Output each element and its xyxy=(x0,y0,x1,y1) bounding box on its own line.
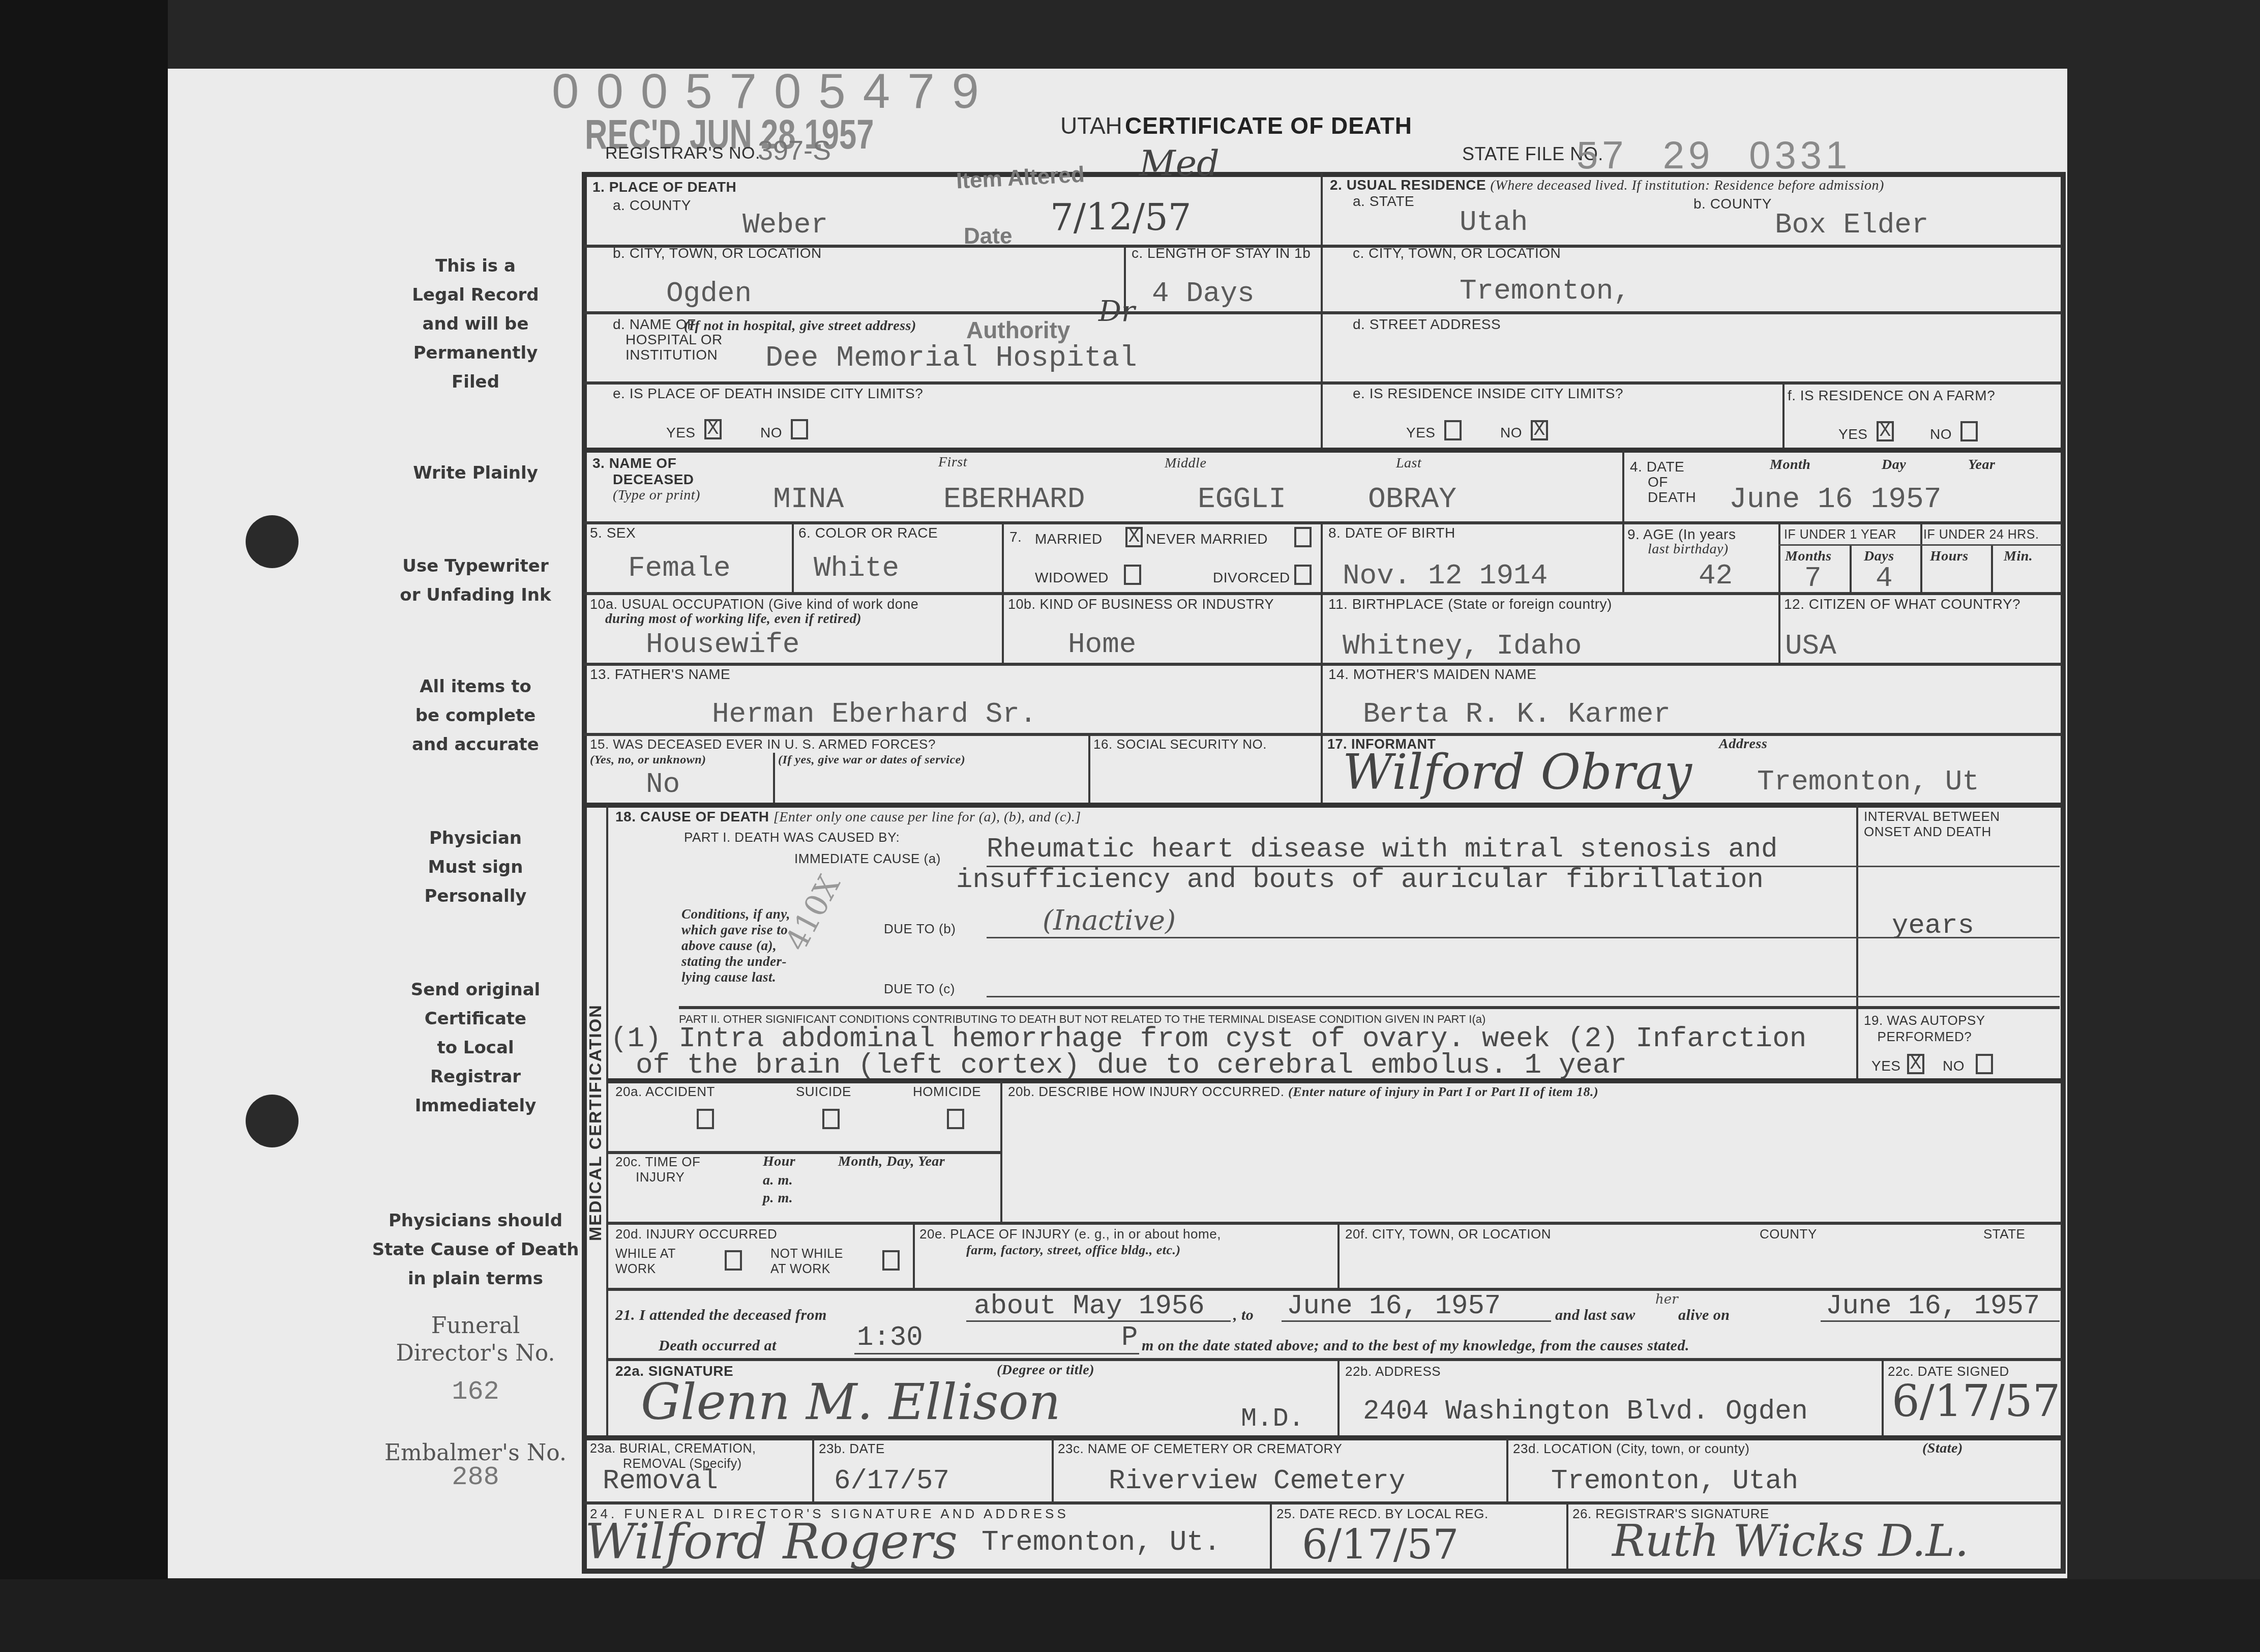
city-value: Ogden xyxy=(666,277,752,310)
last-label: Last xyxy=(1396,455,1421,471)
middle-name-2: EGGLI xyxy=(1198,483,1286,516)
immediate-cause-line-2: insufficiency and bouts of auricular fib… xyxy=(956,865,1764,896)
registrars-no-label: REGISTRAR'S NO. xyxy=(605,145,760,161)
physician-address: 2404 Washington Blvd. Ogden xyxy=(1363,1396,1808,1427)
armed-forces-value: No xyxy=(646,768,680,801)
am-label: a. m. xyxy=(763,1172,793,1189)
divider xyxy=(608,1358,2062,1361)
residence-inside-city-no-checkbox[interactable]: X xyxy=(1531,420,1548,440)
divider xyxy=(792,522,794,593)
year-label: Year xyxy=(1968,457,1995,473)
industry-label: 10b. KIND OF BUSINESS OR INDUSTRY xyxy=(1008,596,1274,612)
informant-address-label: Address xyxy=(1719,736,1767,752)
name-of-deceased-label: 3. NAME OF xyxy=(592,455,676,471)
divider xyxy=(608,1078,2062,1083)
divider xyxy=(1337,1359,1340,1436)
funeral-director-signature: Wilford Rogers xyxy=(585,1513,958,1570)
funeral-director-no: 162 xyxy=(356,1378,595,1406)
yes-label: YES xyxy=(1871,1058,1901,1074)
occupation-hint: during most of working life, even if ret… xyxy=(605,610,861,627)
fill-line xyxy=(966,1320,1231,1322)
month-label: Month xyxy=(1770,457,1810,473)
cause-line xyxy=(1856,866,2060,867)
divider xyxy=(1321,522,1323,593)
margin-note: This is a Legal Record and will be Perma… xyxy=(356,252,595,397)
interval-label: INTERVAL BETWEEN ONSET AND DEATH xyxy=(1864,809,2000,839)
county-value: Weber xyxy=(742,209,828,241)
divider xyxy=(1782,381,1785,450)
place-of-injury-hint: farm, factory, street, office bldg., etc… xyxy=(966,1242,1181,1258)
alteration-date-label: Date xyxy=(964,224,1012,249)
disposition-method: Removal xyxy=(603,1466,718,1497)
immediate-cause-line-1: Rheumatic heart disease with mitral sten… xyxy=(987,834,1777,865)
registrars-no: 397-S xyxy=(758,135,831,166)
divider xyxy=(584,1435,2062,1440)
authority-value: Dr xyxy=(1098,295,1135,328)
farm-label: f. IS RESIDENCE ON A FARM? xyxy=(1788,388,1995,404)
inside-city-no-checkbox[interactable] xyxy=(791,419,808,439)
citizenship-value: USA xyxy=(1785,630,1836,662)
no-label: NO xyxy=(1500,425,1522,441)
race-label: 6. COLOR OR RACE xyxy=(798,525,938,541)
injury-occurred-label: 20d. INJURY OCCURRED xyxy=(615,1226,777,1242)
medical-certification-label: MEDICAL CERTIFICATION xyxy=(586,1004,606,1241)
armed-forces-label: 15. WAS DECEASED EVER IN U. S. ARMED FOR… xyxy=(590,736,936,752)
divider xyxy=(1088,734,1090,803)
sex-value: Female xyxy=(628,552,731,584)
injury-county-label: COUNTY xyxy=(1760,1226,1817,1242)
occupation-value: Housewife xyxy=(646,628,799,661)
citizenship-label: 12. CITIZEN OF WHAT COUNTRY? xyxy=(1784,596,2020,612)
residence-county-value: Box Elder xyxy=(1775,209,1928,241)
institution-hint: (If not in hospital, give street address… xyxy=(684,318,916,334)
ssn-label: 16. SOCIAL SECURITY NO. xyxy=(1093,736,1267,752)
title-prefix: UTAH xyxy=(1060,112,1122,139)
divider xyxy=(1321,593,1323,663)
divider xyxy=(1506,1438,1508,1502)
age-value: 42 xyxy=(1699,559,1733,592)
part-2-line-2: of the brain (left cortex) due to cerebr… xyxy=(636,1049,1627,1081)
armed-forces-service-hint: (If yes, give war or dates of service) xyxy=(778,752,965,768)
date-of-death-label: DEATH xyxy=(1648,489,1696,506)
residence-county-label: b. COUNTY xyxy=(1693,196,1772,212)
race-value: White xyxy=(814,552,899,584)
disposition-date: 6/17/57 xyxy=(834,1466,949,1497)
death-occurred-label: Death occurred at xyxy=(659,1338,777,1354)
divider xyxy=(1920,522,1922,593)
length-of-stay-label: c. LENGTH OF STAY IN 1b xyxy=(1132,245,1311,261)
birthplace-label: 11. BIRTHPLACE (State or foreign country… xyxy=(1328,596,1612,612)
cemetery-name: Riverview Cemetery xyxy=(1109,1466,1405,1497)
divider xyxy=(1002,593,1004,663)
divider xyxy=(1321,734,1323,803)
father-name-value: Herman Eberhard Sr. xyxy=(712,698,1037,730)
cause-line xyxy=(987,996,2060,997)
conditions-hint: Conditions, if any, which gave rise to a… xyxy=(681,906,790,985)
local-reg-date: 6/17/57 xyxy=(1302,1521,1459,1568)
attended-label: 21. I attended the deceased from xyxy=(615,1307,827,1323)
no-label: NO xyxy=(760,425,782,441)
age-label: 9. AGE (In years xyxy=(1627,526,1736,543)
autopsy-yes-checkbox[interactable]: X xyxy=(1907,1054,1924,1074)
informant-signature: Wilford Obray xyxy=(1343,744,1692,801)
title-text: CERTIFICATE OF DEATH xyxy=(1125,112,1412,139)
date-of-birth-label: 8. DATE OF BIRTH xyxy=(1328,525,1455,541)
fill-line xyxy=(1282,1320,1551,1322)
state-file-no: 57 29 0331 xyxy=(1577,133,1851,178)
widowed-checkbox[interactable] xyxy=(1124,565,1141,585)
scanner-backdrop-bottom xyxy=(0,1579,2260,1652)
type-or-print-hint: (Type or print) xyxy=(613,487,700,504)
not-while-at-work-checkbox[interactable] xyxy=(882,1250,900,1271)
divorced-checkbox[interactable] xyxy=(1294,565,1312,585)
state-label: a. STATE xyxy=(1353,193,1414,210)
inside-city-limits-label: e. IS PLACE OF DEATH INSIDE CITY LIMITS? xyxy=(613,386,923,402)
while-at-work-label: WHILE AT WORK xyxy=(615,1246,676,1277)
date-of-death-label: OF xyxy=(1648,474,1668,490)
injury-state-label: STATE xyxy=(1983,1226,2025,1242)
pronoun: her xyxy=(1655,1292,1678,1307)
place-of-death-label: 1. PLACE OF DEATH xyxy=(592,179,736,195)
under-24-hrs-label: IF UNDER 24 HRS. xyxy=(1923,526,2039,543)
divider xyxy=(584,663,2062,666)
under-1-year-label: IF UNDER 1 YEAR xyxy=(1784,526,1896,543)
while-at-work-checkbox[interactable] xyxy=(725,1250,742,1271)
local-reg-date-label: 25. DATE RECD. BY LOCAL REG. xyxy=(1276,1506,1489,1522)
married-label: MARRIED xyxy=(1035,531,1103,547)
physician-address-label: 22b. ADDRESS xyxy=(1345,1363,1441,1379)
accident-label: 20a. ACCIDENT xyxy=(615,1083,715,1100)
to-label: , to xyxy=(1233,1307,1254,1323)
death-time: 1:30 xyxy=(857,1322,923,1353)
institution-value: Dee Memorial Hospital xyxy=(765,342,1137,375)
residence-city-label: c. CITY, TOWN, OR LOCATION xyxy=(1353,245,1561,261)
sex-label: 5. SEX xyxy=(590,525,636,541)
length-of-stay-value: 4 Days xyxy=(1152,277,1255,310)
homicide-label: HOMICIDE xyxy=(913,1083,981,1100)
farm-yes-checkbox[interactable]: X xyxy=(1877,421,1894,441)
cemetery-label: 23c. NAME OF CEMETERY OR CREMATORY xyxy=(1058,1440,1342,1457)
funeral-director-no-label: Funeral Director's No. xyxy=(356,1312,595,1367)
suicide-checkbox[interactable] xyxy=(822,1109,840,1129)
fill-line xyxy=(854,1353,1139,1354)
date-of-death-label: 4. DATE xyxy=(1630,459,1684,475)
margin-note: All items to be complete and accurate xyxy=(356,672,595,759)
suicide-label: SUICIDE xyxy=(796,1083,851,1100)
divider xyxy=(1566,1503,1568,1569)
last-saw-label: and last saw xyxy=(1555,1307,1635,1323)
margin-note: Use Typewriter or Unfading Ink xyxy=(356,552,595,610)
disposition-method-label: 23a. BURIAL, CREMATION, xyxy=(590,1440,756,1457)
place-of-injury-label: 20e. PLACE OF INJURY (e. g., in or about… xyxy=(919,1226,1221,1242)
name-of-deceased-label: DECEASED xyxy=(613,471,694,488)
never-married-label: NEVER MARRIED xyxy=(1146,531,1268,547)
not-while-at-work-label: NOT WHILE AT WORK xyxy=(770,1246,843,1277)
burial-location: Tremonton, Utah xyxy=(1551,1466,1798,1497)
fill-line xyxy=(1821,1320,2060,1322)
divider xyxy=(584,311,2062,314)
day-label: Day xyxy=(1882,457,1906,473)
alteration-date-value: 7/12/57 xyxy=(1050,196,1192,239)
homicide-checkbox[interactable] xyxy=(947,1109,964,1129)
cause-of-death-label: 18. CAUSE OF DEATH [Enter only one cause… xyxy=(615,809,1081,825)
divider xyxy=(584,448,2062,453)
divider xyxy=(1778,544,2062,546)
punch-hole-icon xyxy=(246,515,299,568)
divider xyxy=(1856,1007,1858,1079)
divider xyxy=(1052,1438,1054,1502)
divider xyxy=(1778,593,1780,663)
divider xyxy=(1622,522,1624,593)
attended-to: June 16, 1957 xyxy=(1287,1291,1501,1322)
margin-note: Physicians should State Cause of Death i… xyxy=(356,1206,595,1293)
mother-maiden-name-label: 14. MOTHER'S MAIDEN NAME xyxy=(1328,666,1536,683)
time-of-injury-label: INJURY xyxy=(636,1169,685,1185)
due-to-c-label: DUE TO (c) xyxy=(884,981,955,997)
injury-city-label: 20f. CITY, TOWN, OR LOCATION xyxy=(1345,1226,1551,1242)
month-day-year-label: Month, Day, Year xyxy=(838,1154,945,1170)
divider xyxy=(584,521,2062,524)
interval-value: years xyxy=(1892,910,1974,941)
divider xyxy=(1778,522,1780,593)
margin-note: Physician Must sign Personally xyxy=(356,824,595,911)
father-name-label: 13. FATHER'S NAME xyxy=(590,666,730,683)
no-label: NO xyxy=(1930,426,1952,442)
middle-label: Middle xyxy=(1165,455,1206,471)
middle-name: EBERHARD xyxy=(943,483,1085,516)
injury-description-label: 20b. DESCRIBE HOW INJURY OCCURRED. (Ente… xyxy=(1008,1083,1598,1100)
divider xyxy=(1002,522,1004,593)
no-label: NO xyxy=(1943,1058,1965,1074)
inside-city-yes-checkbox[interactable]: X xyxy=(704,419,722,439)
divider xyxy=(1850,545,1852,593)
margin-note: Send original Certificate to Local Regis… xyxy=(356,976,595,1120)
farm-no-checkbox[interactable] xyxy=(1960,421,1978,441)
city-label: b. CITY, TOWN, OR LOCATION xyxy=(613,245,822,261)
divider xyxy=(1321,664,1323,733)
due-to-b-label: DUE TO (b) xyxy=(884,921,956,937)
days-value: 4 xyxy=(1876,562,1893,595)
death-meridiem: P xyxy=(1121,1322,1138,1353)
accident-checkbox[interactable] xyxy=(697,1109,714,1129)
age-label: last birthday) xyxy=(1648,541,1729,557)
divider xyxy=(606,1359,608,1436)
divider xyxy=(584,1501,2062,1504)
embalmer-no: 288 xyxy=(356,1464,595,1491)
divider xyxy=(773,753,775,803)
first-name: MINA xyxy=(773,483,844,516)
divider xyxy=(1622,450,1624,521)
yes-label: YES xyxy=(1838,426,1868,442)
authority-label: Authority xyxy=(966,316,1070,344)
date-signed: 6/17/57 xyxy=(1892,1376,2061,1427)
alive-on-label: alive on xyxy=(1678,1307,1730,1323)
autopsy-label: 19. WAS AUTOPSY PERFORMED? xyxy=(1864,1012,1985,1045)
divider xyxy=(1856,805,1858,1018)
county-label: a. COUNTY xyxy=(613,197,691,214)
mother-maiden-name-value: Berta R. K. Karmer xyxy=(1363,698,1671,730)
immediate-cause-label: IMMEDIATE CAUSE (a) xyxy=(794,850,941,867)
date-of-death-value: June 16 1957 xyxy=(1729,483,1942,516)
never-married-checkbox[interactable] xyxy=(1294,527,1312,547)
last-seen-date: June 16, 1957 xyxy=(1826,1291,2040,1322)
divider xyxy=(679,1006,2060,1009)
attended-from: about May 1956 xyxy=(974,1291,1205,1322)
death-occurred-tail: m on the date stated above; and to the b… xyxy=(1142,1338,1689,1354)
punch-hole-icon xyxy=(246,1095,299,1147)
usual-residence-label: 2. USUAL RESIDENCE (Where deceased lived… xyxy=(1330,177,1884,194)
birthplace-value: Whitney, Idaho xyxy=(1343,630,1582,662)
divider xyxy=(584,381,2062,385)
hours-label: Hours xyxy=(1930,548,1969,565)
divorced-label: DIVORCED xyxy=(1213,570,1290,586)
item-altered-value: Med xyxy=(1139,142,1220,184)
physician-signature: Glenn M. Ellison xyxy=(641,1373,1061,1431)
physician-degree: M.D. xyxy=(1241,1404,1304,1434)
registrar-signature: Ruth Wicks D.L. xyxy=(1612,1516,1969,1567)
street-address-label: d. STREET ADDRESS xyxy=(1353,316,1501,333)
divider xyxy=(1337,1223,1340,1289)
date-of-birth-value: Nov. 12 1914 xyxy=(1343,559,1548,592)
armed-forces-hint: (Yes, no, or unknown) xyxy=(590,752,706,768)
burial-state-label: (State) xyxy=(1922,1440,1963,1457)
last-name: OBRAY xyxy=(1368,483,1456,516)
hour-label: Hour xyxy=(763,1154,795,1170)
divider xyxy=(1270,1503,1272,1569)
yes-label: YES xyxy=(1406,425,1436,441)
divider xyxy=(1991,545,1993,593)
industry-value: Home xyxy=(1068,628,1136,661)
due-to-b-value: (Inactive) xyxy=(1043,904,1176,936)
part-1-label: PART I. DEATH WAS CAUSED BY: xyxy=(684,829,900,845)
autopsy-no-checkbox[interactable] xyxy=(1976,1054,1993,1074)
divider xyxy=(608,1222,2062,1225)
scanner-backdrop-left xyxy=(0,0,168,1652)
pm-label: p. m. xyxy=(763,1190,793,1206)
margin-note: Write Plainly xyxy=(356,459,595,488)
married-checkbox[interactable]: X xyxy=(1125,527,1143,547)
minutes-label: Min. xyxy=(2004,548,2033,565)
document-title: UTAH CERTIFICATE OF DEATH xyxy=(1060,112,1412,139)
disposition-date-label: 23b. DATE xyxy=(819,1440,885,1457)
time-of-injury-label: 20c. TIME OF xyxy=(615,1154,700,1170)
divider xyxy=(812,1438,814,1502)
institution-label: INSTITUTION xyxy=(626,347,718,363)
first-label: First xyxy=(938,454,967,470)
informant-address-value: Tremonton, Ut xyxy=(1757,765,1979,798)
divider xyxy=(584,803,2062,808)
widowed-label: WIDOWED xyxy=(1035,570,1109,586)
residence-inside-city-label: e. IS RESIDENCE INSIDE CITY LIMITS? xyxy=(1353,386,1623,402)
divider xyxy=(913,1223,915,1289)
form-border-top xyxy=(583,172,2065,177)
divider xyxy=(584,592,2062,595)
residence-city-value: Tremonton, xyxy=(1460,275,1630,307)
yes-label: YES xyxy=(666,425,696,441)
burial-location-label: 23d. LOCATION (City, town, or county) xyxy=(1513,1440,1749,1457)
marital-status-num: 7. xyxy=(1009,529,1022,545)
months-value: 7 xyxy=(1804,562,1822,595)
residence-inside-city-yes-checkbox[interactable] xyxy=(1444,420,1462,440)
divider xyxy=(1882,1359,1884,1436)
funeral-director-address: Tremonton, Ut. xyxy=(982,1526,1221,1558)
state-value: Utah xyxy=(1460,206,1528,239)
